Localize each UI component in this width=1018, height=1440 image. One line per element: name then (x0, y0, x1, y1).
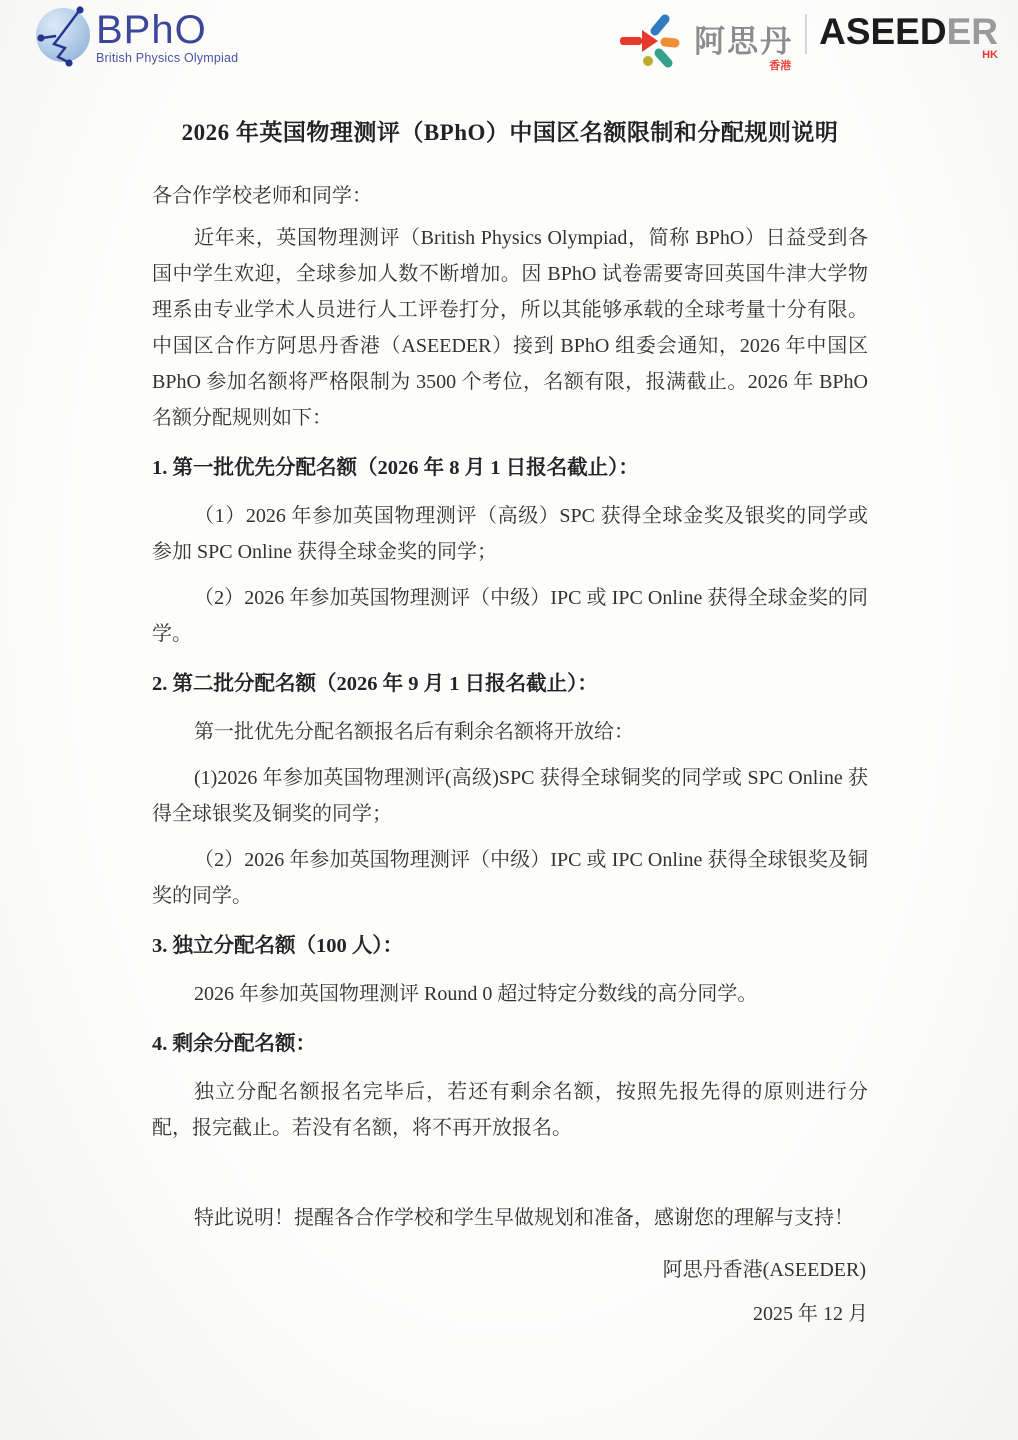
aseeder-en-sub: HK (982, 49, 998, 61)
signature: 阿思丹香港(ASEEDER) (152, 1252, 868, 1288)
section-4-heading: 4. 剩余分配名额： (152, 1026, 868, 1062)
section-2-item-2: （2）2026 年参加英国物理测评（中级）IPC 或 IPC Online 获得… (152, 842, 868, 914)
document-date: 2025 年 12 月 (152, 1296, 868, 1332)
section-2-intro: 第一批优先分配名额报名后有剩余名额将开放给： (152, 714, 868, 750)
bpho-logo-tagline: British Physics Olympiad (96, 51, 238, 65)
section-1-item-1: （1）2026 年参加英国物理测评（高级）SPC 获得全球金奖及银奖的同学或参加… (152, 498, 868, 570)
section-4-paragraph: 独立分配名额报名完毕后，若还有剩余名额，按照先报先得的原则进行分配，报完截止。若… (152, 1074, 868, 1146)
section-3-heading: 3. 独立分配名额（100 人）： (152, 928, 868, 964)
section-3-paragraph: 2026 年参加英国物理测评 Round 0 超过特定分数线的高分同学。 (152, 976, 868, 1012)
section-1-heading: 1. 第一批优先分配名额（2026 年 8 月 1 日报名截止）： (152, 450, 868, 486)
document-page: BPhO British Physics Olympiad 阿思丹 香港 (0, 0, 1018, 1440)
section-2-item-1: (1)2026 年参加英国物理测评(高级)SPC 获得全球铜奖的同学或 SPC … (152, 760, 868, 832)
page-title: 2026 年英国物理测评（BPhO）中国区名额限制和分配规则说明 (152, 116, 868, 150)
bpho-logo: BPhO British Physics Olympiad (36, 8, 238, 65)
aseeder-cn-name: 阿思丹 (694, 24, 793, 59)
section-1-item-2: （2）2026 年参加英国物理测评（中级）IPC 或 IPC Online 获得… (152, 580, 868, 652)
document-content: 2026 年英国物理测评（BPhO）中国区名额限制和分配规则说明 各合作学校老师… (152, 116, 868, 1332)
section-2-heading: 2. 第二批分配名额（2026 年 9 月 1 日报名截止）： (152, 666, 868, 702)
aseeder-cn-block: 阿思丹 香港 (694, 10, 793, 61)
aseeder-en-block: ASEEDER HK (819, 10, 998, 52)
bpho-logo-text: BPhO British Physics Olympiad (96, 8, 238, 65)
aseeder-logo-divider (805, 14, 807, 54)
aseeder-en-name: ASEEDER (819, 11, 998, 52)
bpho-sphere-icon (36, 8, 90, 62)
bpho-logo-name: BPhO (96, 10, 238, 50)
bpho-particle-track-icon (30, 2, 96, 68)
intro-paragraph: 近年来，英国物理测评（British Physics Olympiad，简称 B… (152, 220, 868, 436)
header: BPhO British Physics Olympiad 阿思丹 香港 (0, 0, 1018, 78)
aseeder-logo: 阿思丹 香港 ASEEDER HK (618, 10, 998, 70)
closing-statement: 特此说明！提醒各合作学校和学生早做规划和准备，感谢您的理解与支持！ (152, 1200, 868, 1236)
aseeder-star-icon (618, 12, 680, 70)
aseeder-cn-sub: 香港 (769, 57, 791, 73)
salutation: 各合作学校老师和同学： (152, 178, 868, 214)
